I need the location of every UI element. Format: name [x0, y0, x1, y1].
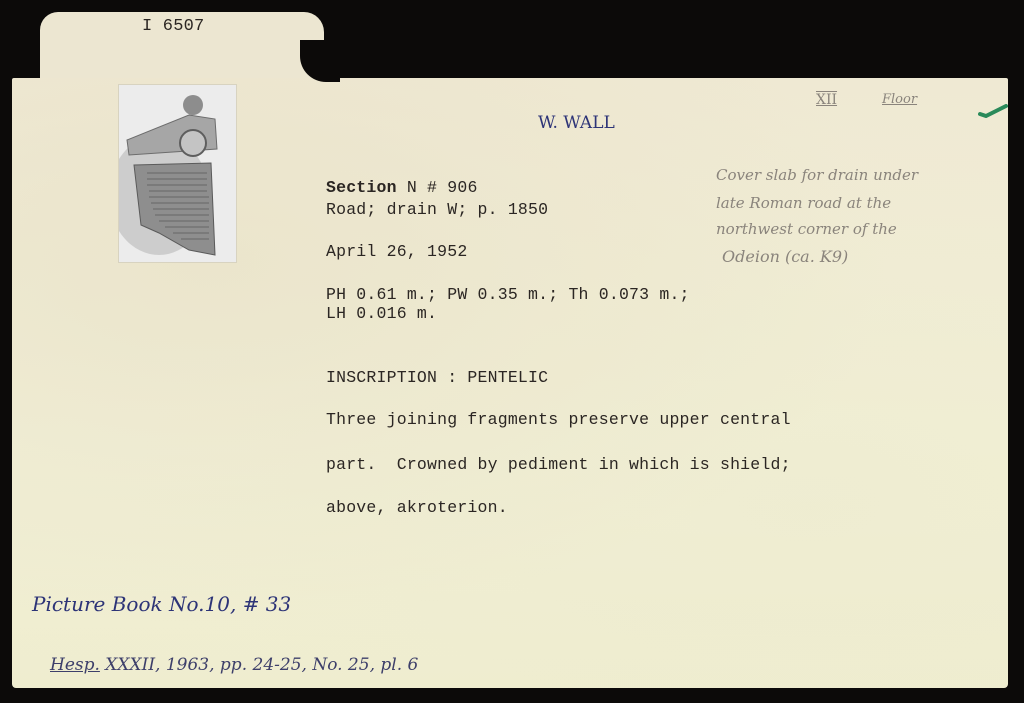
section-label: Section N # 906 — [326, 178, 478, 197]
publication-ref: XXXII, 1963, pp. 24-25, No. 25, pl. 6 — [100, 655, 418, 675]
description-line-2: part. Crowned by pediment in which is sh… — [326, 455, 791, 474]
dimensions-line-2: LH 0.016 m. — [326, 304, 437, 323]
section-value: N # 906 — [407, 178, 478, 197]
check-mark-icon — [978, 104, 1008, 118]
pencil-note-line-2: late Roman road at the — [716, 194, 891, 212]
floor-mark: Floor — [882, 92, 917, 107]
catalog-number: I 6507 — [142, 17, 204, 36]
artifact-photo — [118, 84, 237, 263]
room-mark: XII — [816, 92, 837, 108]
description-line-3: above, akroterion. — [326, 498, 508, 517]
section-label-text: Section — [326, 178, 397, 197]
location-heading: W. WALL — [538, 113, 615, 133]
dimensions-line-1: PH 0.61 m.; PW 0.35 m.; Th 0.073 m.; — [326, 285, 690, 304]
context-line: Road; drain W; p. 1850 — [326, 200, 548, 219]
publication-reference: Hesp. XXXII, 1963, pp. 24-25, No. 25, pl… — [50, 655, 418, 675]
pencil-note-line-1: Cover slab for drain under — [716, 166, 918, 184]
stele-fragment-image — [119, 85, 236, 262]
picture-book-reference: Picture Book No.10, # 33 — [32, 592, 291, 616]
description-line-1: Three joining fragments preserve upper c… — [326, 410, 791, 429]
date-line: April 26, 1952 — [326, 242, 467, 261]
pencil-note-line-4: Odeion (ca. K9) — [722, 247, 848, 266]
category-line: INSCRIPTION : PENTELIC — [326, 368, 548, 387]
pencil-note-line-3: northwest corner of the — [716, 220, 897, 238]
publication-abbr: Hesp. — [50, 655, 100, 675]
